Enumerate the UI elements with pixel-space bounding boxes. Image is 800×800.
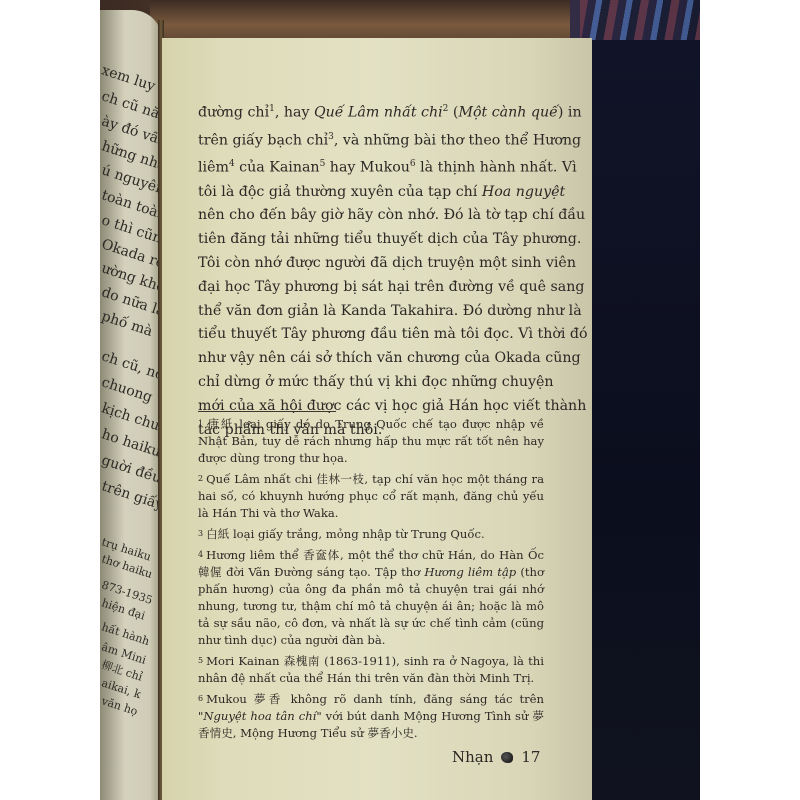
body-line-12: chỉ dừng ở mức thấy thú vị khi đọc những… [198,371,544,395]
left-page-edge: xem luych cũ nămày đó vấnhững nhaú nguyê… [100,10,162,800]
body-line-9: thể văn đơn giản là Kanda Takahira. Đó d… [198,300,544,324]
body-line-11: như vậy nên cái sở thích văn chương của … [198,347,544,371]
body-line-1: đường chỉ1, hay Quế Lâm nhất chi2 (Một c… [198,98,544,126]
chapter-title: Nhạn [452,748,493,766]
footnotes: 1唐紙 loại giấy dó do Trung Quốc chế tạo đ… [198,416,544,746]
body-line-4: tôi là độc giả thường xuyên của tạp chí … [198,181,544,205]
footnote-6: 6Mukou 夢香 không rõ danh tính, đăng sáng … [198,691,544,742]
body-line-13: mới của xã hội được các vị học giả Hán h… [198,395,544,419]
main-page: đường chỉ1, hay Quế Lâm nhất chi2 (Một c… [162,38,592,800]
footnote-2: 2Quế Lâm nhất chi 佳林一枝, tạp chí văn học … [198,471,544,522]
page-number: 17 [521,748,540,766]
body-line-2: trên giấy bạch chỉ3, và những bài thơ th… [198,126,544,154]
footnote-3: 3白紙 loại giấy trắng, mỏng nhập từ Trung … [198,526,544,543]
body-line-3: liêm4 của Kainan5 hay Mukou6 là thịnh hà… [198,153,544,181]
leaf-ornament-icon [501,752,513,763]
body-line-10: tiểu thuyết Tây phương đầu tiên mà tôi đ… [198,323,544,347]
footnote-1: 1唐紙 loại giấy dó do Trung Quốc chế tạo đ… [198,416,544,467]
body-line-6: tiên đăng tải những tiểu thuyết dịch của… [198,228,544,252]
footnote-separator [198,411,336,412]
book-photo: xem luych cũ nămày đó vấnhững nhaú nguyê… [100,0,700,800]
body-text: đường chỉ1, hay Quế Lâm nhất chi2 (Một c… [198,98,544,442]
body-line-7: Tôi còn nhớ được người đã dịch truyện mộ… [198,252,544,276]
page-footer: Nhạn 17 [452,748,540,766]
body-line-5: nên cho đến bây giờ hãy còn nhớ. Đó là t… [198,204,544,228]
footnote-5: 5Mori Kainan 森槐南 (1863-1911), sinh ra ở … [198,653,544,687]
body-line-8: đại học Tây phương bị sát hại trên đường… [198,276,544,300]
footnote-4: 4Hương liêm thể 香奩体, một thể thơ chữ Hán… [198,547,544,649]
dark-surface [590,40,700,800]
